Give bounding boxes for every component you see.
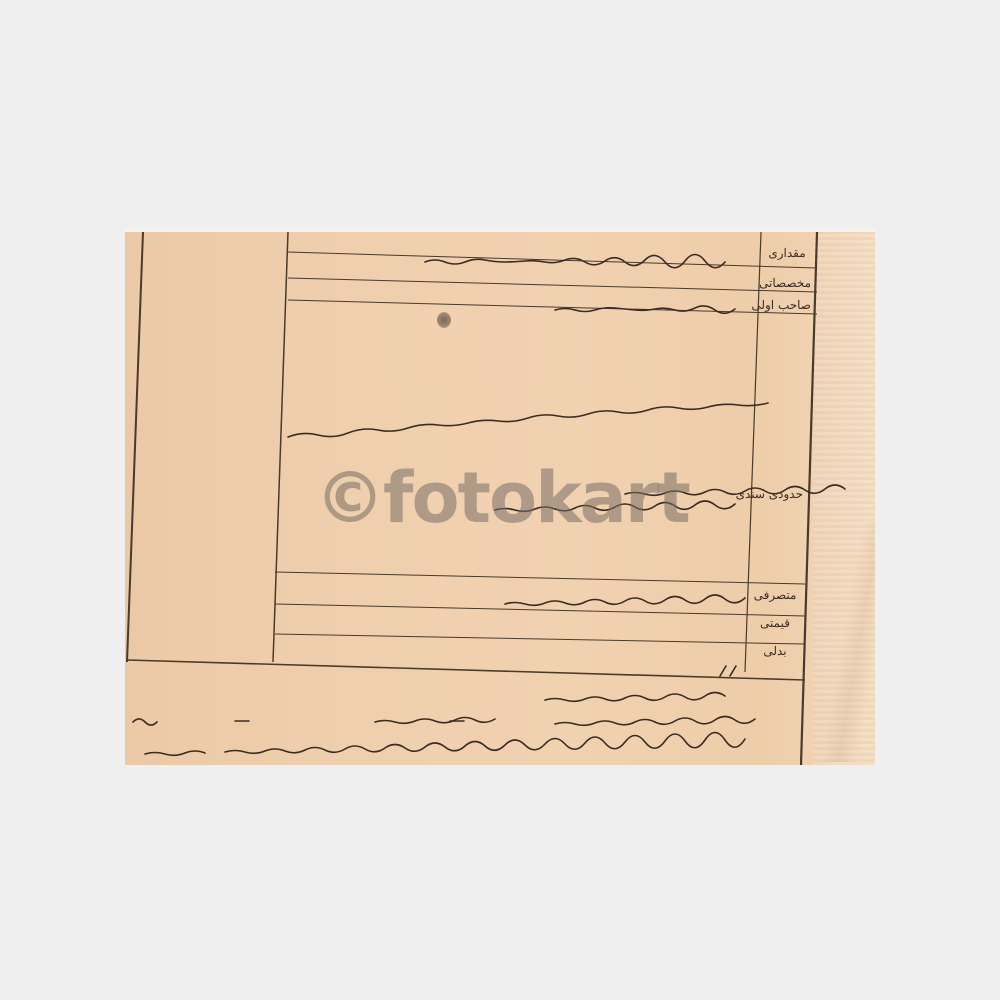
row-label-owner: صاحب اولی bbox=[763, 298, 811, 312]
row-label-possessor: متصرفی bbox=[751, 588, 799, 602]
row-label-value: قیمتی bbox=[751, 616, 799, 630]
row-label-notes: حدودی سندی bbox=[755, 487, 803, 501]
row-label-price: بدلی bbox=[751, 644, 799, 658]
row-label-quantity: مقداری bbox=[763, 246, 811, 260]
scanned-document: مقداری مخصصاتی صاحب اولی حدودی سندی متصر… bbox=[125, 232, 875, 765]
row-label-allocation: مخصصاتی bbox=[763, 276, 811, 290]
watermark: ©fotokart bbox=[315, 457, 689, 539]
